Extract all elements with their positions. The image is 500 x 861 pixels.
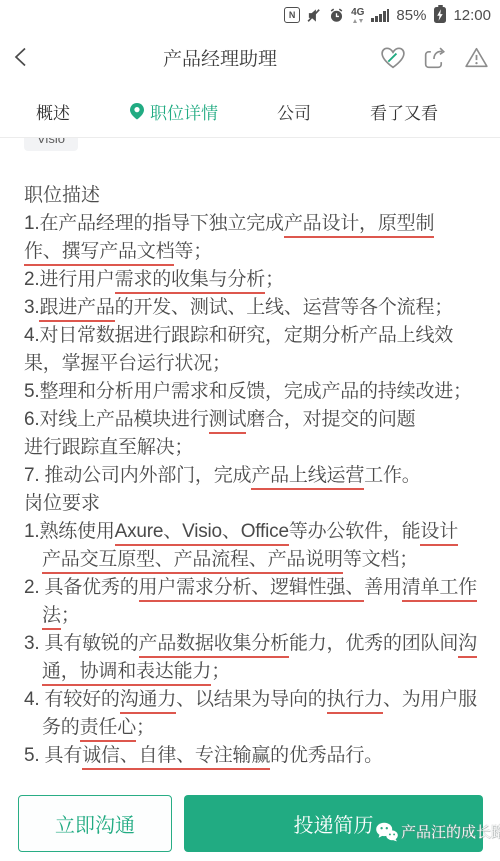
plain-text: 4. 有较好的 xyxy=(24,689,120,710)
battery-charging-icon xyxy=(434,7,446,23)
back-arrow-icon xyxy=(10,44,32,70)
battery-percent: 85% xyxy=(396,7,426,24)
footer-bar: 立即沟通 投递简历 产品汪的成长路 xyxy=(0,790,500,861)
plain-text: 2. 具备优秀的 xyxy=(24,577,139,598)
alarm-clock-icon xyxy=(329,8,344,23)
chat-button[interactable]: 立即沟通 xyxy=(18,795,172,852)
plain-text: 1.熟练使用 xyxy=(24,521,115,542)
plain-text: 能力，优秀的团队间 xyxy=(289,633,458,654)
section-title: 职位描述 xyxy=(24,182,484,210)
highlighted-text: 跟进产品 xyxy=(39,297,114,322)
tab-label: 职位详情 xyxy=(150,99,218,124)
highlighted-text: 执行力 xyxy=(327,689,383,714)
job-sections: 职位描述1.在产品经理的指导下独立完成产品设计，原型制 作、撰写产品文档等；2.… xyxy=(24,138,484,770)
warning-triangle-icon xyxy=(463,44,490,71)
favorite-button[interactable] xyxy=(379,45,407,71)
share-button[interactable] xyxy=(421,44,449,72)
tab-company[interactable]: 公司 xyxy=(277,99,311,124)
plain-text: 2.进行用户 xyxy=(24,269,115,290)
plain-text: 、以结果为导向的 xyxy=(176,689,326,710)
job-text-item: 7. 推动公司内外部门，完成产品上线运营工作。 xyxy=(24,462,484,490)
job-text-item: 4.对日常数据进行跟踪和研究，定期分析产品上线效 果，掌握平台运行状况； xyxy=(24,322,484,378)
nav-actions xyxy=(379,44,490,72)
plain-text: ； xyxy=(265,269,284,290)
status-bar: N 4G 85% 12:00 xyxy=(0,0,500,30)
plain-text: 等； xyxy=(174,241,212,262)
plain-text: 6.对线上产品模块进行 xyxy=(24,409,209,430)
plain-text: ； xyxy=(211,661,230,682)
tab-overview[interactable]: 概述 xyxy=(36,99,70,124)
highlighted-text: 责任心 xyxy=(80,717,136,742)
nfc-icon: N xyxy=(284,7,300,23)
nav-bar: 产品经理助理 xyxy=(0,30,500,85)
tab-bar: 概述 职位详情公司看了又看 xyxy=(0,85,500,138)
plain-text: 7. 推动公司内外部门，完成 xyxy=(24,465,251,486)
job-text-item: 2. 具备优秀的用户需求分析、逻辑性强、善用清单工作 法； xyxy=(24,574,484,630)
tab-label: 概述 xyxy=(36,99,70,124)
highlighted-text: 测试 xyxy=(209,409,247,434)
plain-text: 4.对日常数据进行跟踪和研究，定期分析产品上线效 果，掌握平台运行状况； xyxy=(24,325,453,374)
plain-text: 工作。 xyxy=(364,465,420,486)
plain-text: 3. 具有敏锐的 xyxy=(24,633,139,654)
job-text-item: 5. 具有诚信、自律、专注输赢的优秀品行。 xyxy=(24,742,484,770)
job-text-item: 5.整理和分析用户需求和反馈，完成产品的持续改进； xyxy=(24,378,484,406)
plain-text: 5.整理和分析用户需求和反馈，完成产品的持续改进； xyxy=(24,381,472,402)
plain-text: 1.在产品经理的指导下独立完成 xyxy=(24,213,284,234)
location-pin-icon xyxy=(129,102,145,120)
highlighted-text: 需求的收集与分析 xyxy=(115,269,265,294)
clock: 12:00 xyxy=(453,7,491,24)
tab-related[interactable]: 看了又看 xyxy=(370,99,438,124)
share-icon xyxy=(421,44,449,72)
highlighted-text: 诚信、自律、专注输赢 xyxy=(82,745,270,770)
highlighted-text: Axure、Visio、Office xyxy=(115,521,289,546)
highlighted-text: 用户需求分析、逻辑性强、 xyxy=(139,577,365,602)
highlighted-text: 产品上线运营 xyxy=(251,465,364,490)
job-text-item: 2.进行用户需求的收集与分析； xyxy=(24,266,484,294)
job-text-item: 1.在产品经理的指导下独立完成产品设计，原型制 作、撰写产品文档等； xyxy=(24,210,484,266)
job-text-item: 1.熟练使用Axure、Visio、Office等办公软件，能设计 产品交互原型… xyxy=(24,518,484,574)
network-type: 4G xyxy=(351,8,364,23)
apply-button[interactable]: 投递简历 xyxy=(184,795,483,852)
heart-icon xyxy=(379,45,407,71)
plain-text: 的优秀品行。 xyxy=(270,745,383,766)
app-screen: N 4G 85% 12:00 产品经理助理 xyxy=(0,0,500,861)
back-button[interactable] xyxy=(10,44,32,73)
highlighted-text: 沟通力 xyxy=(120,689,176,714)
signal-bars-icon xyxy=(371,9,389,22)
plain-text: 善用 xyxy=(364,577,402,598)
volume-muted-icon xyxy=(307,8,322,23)
job-text-item: 3.跟进产品的开发、测试、上线、运营等各个流程； xyxy=(24,294,484,322)
job-text-item: 3. 具有敏锐的产品数据收集分析能力，优秀的团队间沟 通，协调和表达能力； xyxy=(24,630,484,686)
plain-text: 5. 具有 xyxy=(24,745,82,766)
tab-label: 看了又看 xyxy=(370,99,438,124)
job-text-item: 6.对线上产品模块进行测试磨合，对提交的问题 进行跟踪直至解决； xyxy=(24,406,484,462)
plain-text: 的开发、测试、上线、运营等各个流程； xyxy=(115,297,453,318)
tab-label: 公司 xyxy=(277,99,311,124)
plain-text: 等文档； xyxy=(343,549,418,570)
highlighted-text: 产品数据收集分析 xyxy=(139,633,289,658)
plain-text: ； xyxy=(61,605,80,626)
page-title: 产品经理助理 xyxy=(80,44,360,71)
job-text-item: 4. 有较好的沟通力、以结果为导向的执行力、为用户服 务的责任心； xyxy=(24,686,484,742)
tab-job-details[interactable]: 职位详情 xyxy=(129,99,218,124)
plain-text: 3. xyxy=(24,297,39,318)
section-title: 岗位要求 xyxy=(24,490,484,518)
report-button[interactable] xyxy=(463,44,490,71)
job-detail-content: Visio 职位描述1.在产品经理的指导下独立完成产品设计，原型制 作、撰写产品… xyxy=(0,138,500,770)
plain-text: ； xyxy=(136,717,155,738)
plain-text: 等办公软件，能 xyxy=(289,521,421,542)
network-arrows-icon xyxy=(353,19,363,23)
